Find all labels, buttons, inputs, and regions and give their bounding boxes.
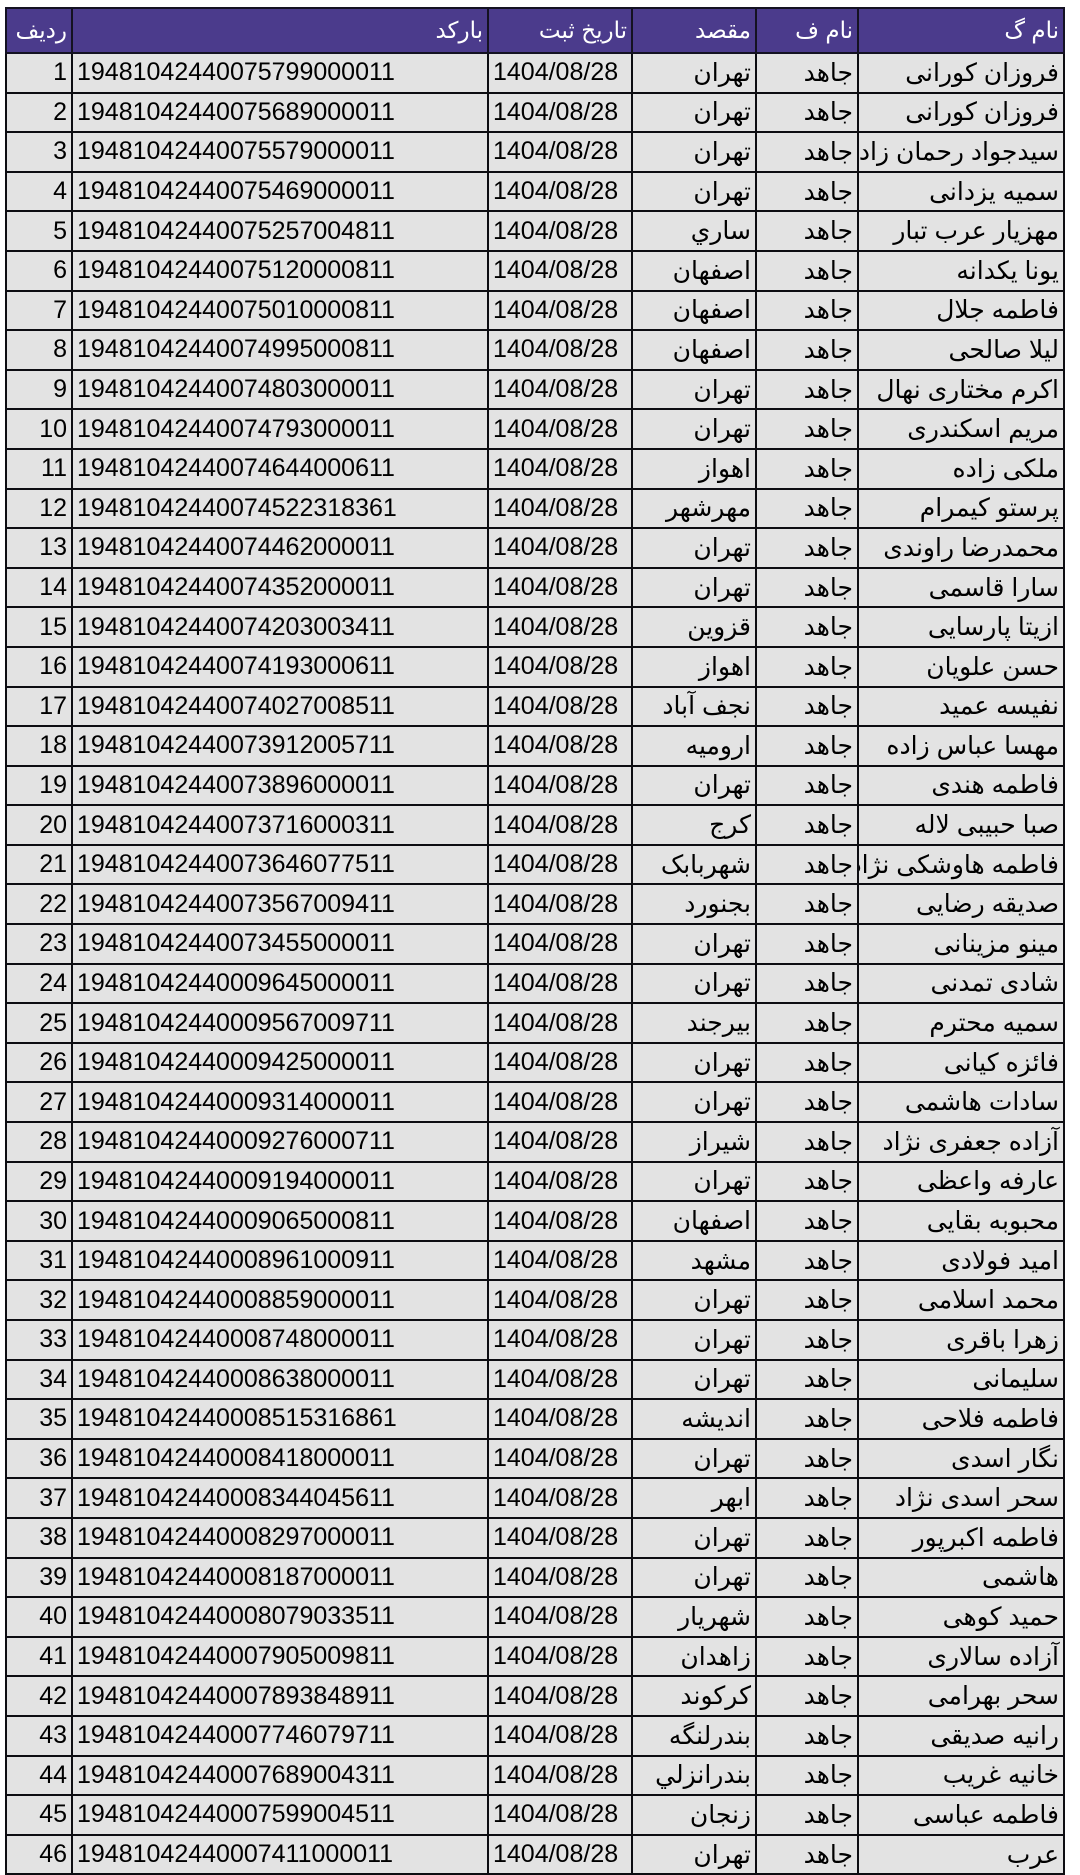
table-row[interactable]: 39194810424400081870000111404/08/28تهران… bbox=[6, 1558, 1064, 1598]
cell-name-f[interactable]: جاهد bbox=[756, 330, 858, 370]
cell-destination[interactable]: اصفهان bbox=[632, 330, 756, 370]
cell-date[interactable]: 1404/08/28 bbox=[488, 726, 632, 766]
cell-name-f[interactable]: جاهد bbox=[756, 1558, 858, 1598]
cell-row-number[interactable]: 36 bbox=[6, 1439, 72, 1479]
table-row[interactable]: 1194810424400757990000111404/08/28تهرانج… bbox=[6, 53, 1064, 93]
cell-barcode[interactable]: 19481042440007905009811 bbox=[72, 1637, 488, 1677]
table-row[interactable]: 42194810424400078938489111404/08/28کرکون… bbox=[6, 1676, 1064, 1716]
cell-row-number[interactable]: 42 bbox=[6, 1676, 72, 1716]
table-row[interactable]: 27194810424400093140000111404/08/28تهران… bbox=[6, 1082, 1064, 1122]
cell-name-g[interactable]: فروزان کورانی bbox=[858, 53, 1064, 93]
table-row[interactable]: 28194810424400092760007111404/08/28شیراز… bbox=[6, 1122, 1064, 1162]
cell-destination[interactable]: زاهدان bbox=[632, 1637, 756, 1677]
table-row[interactable]: 26194810424400094250000111404/08/28تهران… bbox=[6, 1043, 1064, 1083]
cell-destination[interactable]: زنجان bbox=[632, 1795, 756, 1835]
cell-date[interactable]: 1404/08/28 bbox=[488, 1518, 632, 1558]
cell-barcode[interactable]: 19481042440073455000011 bbox=[72, 924, 488, 964]
cell-name-g[interactable]: زهرا باقری bbox=[858, 1320, 1064, 1360]
cell-row-number[interactable]: 13 bbox=[6, 528, 72, 568]
cell-name-f[interactable]: جاهد bbox=[756, 1597, 858, 1637]
cell-date[interactable]: 1404/08/28 bbox=[488, 1162, 632, 1202]
cell-name-g[interactable]: سادات هاشمی bbox=[858, 1082, 1064, 1122]
cell-date[interactable]: 1404/08/28 bbox=[488, 924, 632, 964]
cell-date[interactable]: 1404/08/28 bbox=[488, 1835, 632, 1873]
cell-name-f[interactable]: جاهد bbox=[756, 1122, 858, 1162]
cell-name-f[interactable]: جاهد bbox=[756, 1676, 858, 1716]
cell-name-f[interactable]: جاهد bbox=[756, 1716, 858, 1756]
cell-barcode[interactable]: 19481042440073646077511 bbox=[72, 845, 488, 885]
cell-destination[interactable]: تهران bbox=[632, 1360, 756, 1400]
cell-destination[interactable]: تهران bbox=[632, 93, 756, 133]
cell-destination[interactable]: تهران bbox=[632, 528, 756, 568]
cell-name-f[interactable]: جاهد bbox=[756, 528, 858, 568]
cell-barcode[interactable]: 19481042440008344045611 bbox=[72, 1478, 488, 1518]
cell-name-g[interactable]: ازیتا پارسایی bbox=[858, 607, 1064, 647]
cell-row-number[interactable]: 26 bbox=[6, 1043, 72, 1083]
cell-row-number[interactable]: 14 bbox=[6, 568, 72, 608]
cell-destination[interactable]: تهران bbox=[632, 1280, 756, 1320]
cell-name-f[interactable]: جاهد bbox=[756, 805, 858, 845]
cell-row-number[interactable]: 21 bbox=[6, 845, 72, 885]
cell-name-f[interactable]: جاهد bbox=[756, 845, 858, 885]
cell-row-number[interactable]: 15 bbox=[6, 607, 72, 647]
cell-name-f[interactable]: جاهد bbox=[756, 766, 858, 806]
cell-destination[interactable]: تهران bbox=[632, 1439, 756, 1479]
cell-date[interactable]: 1404/08/28 bbox=[488, 805, 632, 845]
table-row[interactable]: 44194810424400076890043111404/08/28بندرا… bbox=[6, 1756, 1064, 1796]
cell-barcode[interactable]: 19481042440009065000811 bbox=[72, 1201, 488, 1241]
cell-destination[interactable]: بجنورد bbox=[632, 884, 756, 924]
cell-date[interactable]: 1404/08/28 bbox=[488, 1795, 632, 1835]
table-row[interactable]: 10194810424400747930000111404/08/28تهران… bbox=[6, 409, 1064, 449]
table-row[interactable]: 23194810424400734550000111404/08/28تهران… bbox=[6, 924, 1064, 964]
cell-name-f[interactable]: جاهد bbox=[756, 1360, 858, 1400]
cell-barcode[interactable]: 19481042440007599004511 bbox=[72, 1795, 488, 1835]
table-row[interactable]: 13194810424400744620000111404/08/28تهران… bbox=[6, 528, 1064, 568]
table-row[interactable]: 21194810424400736460775111404/08/28شهربا… bbox=[6, 845, 1064, 885]
table-row[interactable]: 5194810424400752570048111404/08/28ساريجا… bbox=[6, 211, 1064, 251]
cell-row-number[interactable]: 3 bbox=[6, 132, 72, 172]
cell-row-number[interactable]: 35 bbox=[6, 1399, 72, 1439]
cell-date[interactable]: 1404/08/28 bbox=[488, 1320, 632, 1360]
cell-name-g[interactable]: رانیه صدیقی bbox=[858, 1716, 1064, 1756]
cell-date[interactable]: 1404/08/28 bbox=[488, 132, 632, 172]
cell-date[interactable]: 1404/08/28 bbox=[488, 1241, 632, 1281]
table-row[interactable]: 20194810424400737160003111404/08/28کرججا… bbox=[6, 805, 1064, 845]
cell-row-number[interactable]: 41 bbox=[6, 1637, 72, 1677]
cell-destination[interactable]: تهران bbox=[632, 964, 756, 1004]
cell-name-f[interactable]: جاهد bbox=[756, 1478, 858, 1518]
cell-row-number[interactable]: 10 bbox=[6, 409, 72, 449]
cell-barcode[interactable]: 19481042440008187000011 bbox=[72, 1558, 488, 1598]
cell-destination[interactable]: ارومیه bbox=[632, 726, 756, 766]
table-row[interactable]: 43194810424400077460797111404/08/28بندرل… bbox=[6, 1716, 1064, 1756]
table-row[interactable]: 34194810424400086380000111404/08/28تهران… bbox=[6, 1360, 1064, 1400]
cell-name-f[interactable]: جاهد bbox=[756, 726, 858, 766]
cell-row-number[interactable]: 31 bbox=[6, 1241, 72, 1281]
table-row[interactable]: 24194810424400096450000111404/08/28تهران… bbox=[6, 964, 1064, 1004]
cell-date[interactable]: 1404/08/28 bbox=[488, 1439, 632, 1479]
cell-barcode[interactable]: 19481042440074793000011 bbox=[72, 409, 488, 449]
cell-name-f[interactable]: جاهد bbox=[756, 211, 858, 251]
cell-destination[interactable]: بیرجند bbox=[632, 1003, 756, 1043]
cell-destination[interactable]: بندرلنگه bbox=[632, 1716, 756, 1756]
cell-destination[interactable]: تهران bbox=[632, 1162, 756, 1202]
cell-date[interactable]: 1404/08/28 bbox=[488, 53, 632, 93]
cell-row-number[interactable]: 38 bbox=[6, 1518, 72, 1558]
cell-name-g[interactable]: فائزه کیانی bbox=[858, 1043, 1064, 1083]
cell-date[interactable]: 1404/08/28 bbox=[488, 330, 632, 370]
cell-barcode[interactable]: 19481042440008515316861 bbox=[72, 1399, 488, 1439]
cell-name-f[interactable]: جاهد bbox=[756, 1756, 858, 1796]
cell-date[interactable]: 1404/08/28 bbox=[488, 1716, 632, 1756]
cell-barcode[interactable]: 19481042440008638000011 bbox=[72, 1360, 488, 1400]
cell-name-g[interactable]: محمد اسلامی bbox=[858, 1280, 1064, 1320]
table-row[interactable]: 17194810424400740270085111404/08/28نجف آ… bbox=[6, 687, 1064, 727]
cell-barcode[interactable]: 19481042440074522318361 bbox=[72, 489, 488, 529]
cell-name-g[interactable]: نفیسه عمید bbox=[858, 687, 1064, 727]
cell-barcode[interactable]: 19481042440073912005711 bbox=[72, 726, 488, 766]
cell-barcode[interactable]: 19481042440075010000811 bbox=[72, 291, 488, 331]
cell-barcode[interactable]: 19481042440075689000011 bbox=[72, 93, 488, 133]
table-row[interactable]: 12194810424400745223183611404/08/28مهرشه… bbox=[6, 489, 1064, 529]
cell-name-g[interactable]: مهسا عباس زاده bbox=[858, 726, 1064, 766]
cell-name-g[interactable]: فاطمه هاوشکی نژاد bbox=[858, 845, 1064, 885]
cell-name-f[interactable]: جاهد bbox=[756, 1003, 858, 1043]
cell-barcode[interactable]: 19481042440009425000011 bbox=[72, 1043, 488, 1083]
cell-name-f[interactable]: جاهد bbox=[756, 964, 858, 1004]
cell-row-number[interactable]: 30 bbox=[6, 1201, 72, 1241]
cell-row-number[interactable]: 43 bbox=[6, 1716, 72, 1756]
cell-name-f[interactable]: جاهد bbox=[756, 607, 858, 647]
cell-row-number[interactable]: 22 bbox=[6, 884, 72, 924]
cell-row-number[interactable]: 19 bbox=[6, 766, 72, 806]
cell-row-number[interactable]: 7 bbox=[6, 291, 72, 331]
cell-destination[interactable]: اصفهان bbox=[632, 291, 756, 331]
cell-name-f[interactable]: جاهد bbox=[756, 409, 858, 449]
cell-date[interactable]: 1404/08/28 bbox=[488, 93, 632, 133]
cell-name-g[interactable]: لیلا صالحی bbox=[858, 330, 1064, 370]
cell-date[interactable]: 1404/08/28 bbox=[488, 647, 632, 687]
cell-name-f[interactable]: جاهد bbox=[756, 687, 858, 727]
cell-name-f[interactable]: جاهد bbox=[756, 568, 858, 608]
cell-name-f[interactable]: جاهد bbox=[756, 172, 858, 212]
cell-name-f[interactable]: جاهد bbox=[756, 291, 858, 331]
cell-name-f[interactable]: جاهد bbox=[756, 93, 858, 133]
cell-row-number[interactable]: 1 bbox=[6, 53, 72, 93]
cell-row-number[interactable]: 45 bbox=[6, 1795, 72, 1835]
cell-row-number[interactable]: 40 bbox=[6, 1597, 72, 1637]
cell-barcode[interactable]: 19481042440075257004811 bbox=[72, 211, 488, 251]
cell-name-f[interactable]: جاهد bbox=[756, 489, 858, 529]
cell-barcode[interactable]: 19481042440007746079711 bbox=[72, 1716, 488, 1756]
cell-date[interactable]: 1404/08/28 bbox=[488, 568, 632, 608]
cell-barcode[interactable]: 19481042440074803000011 bbox=[72, 370, 488, 410]
cell-date[interactable]: 1404/08/28 bbox=[488, 528, 632, 568]
cell-row-number[interactable]: 2 bbox=[6, 93, 72, 133]
cell-date[interactable]: 1404/08/28 bbox=[488, 1558, 632, 1598]
cell-name-f[interactable]: جاهد bbox=[756, 1241, 858, 1281]
cell-destination[interactable]: تهران bbox=[632, 1082, 756, 1122]
cell-barcode[interactable]: 19481042440009645000011 bbox=[72, 964, 488, 1004]
table-row[interactable]: 31194810424400089610009111404/08/28مشهدج… bbox=[6, 1241, 1064, 1281]
cell-date[interactable]: 1404/08/28 bbox=[488, 1597, 632, 1637]
cell-destination[interactable]: ابهر bbox=[632, 1478, 756, 1518]
cell-row-number[interactable]: 34 bbox=[6, 1360, 72, 1400]
cell-name-g[interactable]: عارفه واعظی bbox=[858, 1162, 1064, 1202]
cell-name-g[interactable]: مریم اسکندری bbox=[858, 409, 1064, 449]
cell-barcode[interactable]: 19481042440008079033511 bbox=[72, 1597, 488, 1637]
cell-name-g[interactable]: فاطمه عباسی bbox=[858, 1795, 1064, 1835]
cell-destination[interactable]: شیراز bbox=[632, 1122, 756, 1162]
cell-name-g[interactable]: اکرم مختاری نهال bbox=[858, 370, 1064, 410]
cell-destination[interactable]: تهران bbox=[632, 172, 756, 212]
cell-date[interactable]: 1404/08/28 bbox=[488, 884, 632, 924]
cell-row-number[interactable]: 12 bbox=[6, 489, 72, 529]
cell-date[interactable]: 1404/08/28 bbox=[488, 687, 632, 727]
table-row[interactable]: 22194810424400735670094111404/08/28بجنور… bbox=[6, 884, 1064, 924]
cell-row-number[interactable]: 11 bbox=[6, 449, 72, 489]
cell-name-f[interactable]: جاهد bbox=[756, 132, 858, 172]
cell-name-g[interactable]: عرب bbox=[858, 1835, 1064, 1873]
cell-name-f[interactable]: جاهد bbox=[756, 370, 858, 410]
cell-barcode[interactable]: 19481042440008859000011 bbox=[72, 1280, 488, 1320]
cell-barcode[interactable]: 19481042440007689004311 bbox=[72, 1756, 488, 1796]
cell-name-g[interactable]: سمیه یزدانی bbox=[858, 172, 1064, 212]
column-header-name-g[interactable]: نام گ bbox=[858, 8, 1064, 53]
cell-date[interactable]: 1404/08/28 bbox=[488, 1003, 632, 1043]
cell-date[interactable]: 1404/08/28 bbox=[488, 251, 632, 291]
cell-date[interactable]: 1404/08/28 bbox=[488, 1082, 632, 1122]
cell-row-number[interactable]: 4 bbox=[6, 172, 72, 212]
cell-barcode[interactable]: 19481042440008297000011 bbox=[72, 1518, 488, 1558]
cell-barcode[interactable]: 19481042440074027008511 bbox=[72, 687, 488, 727]
cell-date[interactable]: 1404/08/28 bbox=[488, 211, 632, 251]
cell-name-f[interactable]: جاهد bbox=[756, 1637, 858, 1677]
cell-destination[interactable]: تهران bbox=[632, 568, 756, 608]
cell-name-f[interactable]: جاهد bbox=[756, 1399, 858, 1439]
cell-destination[interactable]: ساري bbox=[632, 211, 756, 251]
table-row[interactable]: 41194810424400079050098111404/08/28زاهدا… bbox=[6, 1637, 1064, 1677]
cell-barcode[interactable]: 19481042440074203003411 bbox=[72, 607, 488, 647]
cell-barcode[interactable]: 19481042440009194000011 bbox=[72, 1162, 488, 1202]
cell-barcode[interactable]: 19481042440007893848911 bbox=[72, 1676, 488, 1716]
cell-barcode[interactable]: 19481042440073716000311 bbox=[72, 805, 488, 845]
cell-date[interactable]: 1404/08/28 bbox=[488, 1676, 632, 1716]
table-row[interactable]: 25194810424400095670097111404/08/28بیرجن… bbox=[6, 1003, 1064, 1043]
table-row[interactable]: 35194810424400085153168611404/08/28اندیش… bbox=[6, 1399, 1064, 1439]
cell-name-f[interactable]: جاهد bbox=[756, 1043, 858, 1083]
cell-name-f[interactable]: جاهد bbox=[756, 1162, 858, 1202]
table-row[interactable]: 30194810424400090650008111404/08/28اصفها… bbox=[6, 1201, 1064, 1241]
cell-destination[interactable]: مهرشهر bbox=[632, 489, 756, 529]
cell-date[interactable]: 1404/08/28 bbox=[488, 1043, 632, 1083]
cell-row-number[interactable]: 25 bbox=[6, 1003, 72, 1043]
cell-name-g[interactable]: مینو مزینانی bbox=[858, 924, 1064, 964]
cell-date[interactable]: 1404/08/28 bbox=[488, 172, 632, 212]
cell-name-g[interactable]: سحر بهرامی bbox=[858, 1676, 1064, 1716]
cell-name-g[interactable]: نگار اسدی bbox=[858, 1439, 1064, 1479]
cell-name-g[interactable]: حسن علویان bbox=[858, 647, 1064, 687]
cell-destination[interactable]: شهریار bbox=[632, 1597, 756, 1637]
table-row[interactable]: 33194810424400087480000111404/08/28تهران… bbox=[6, 1320, 1064, 1360]
cell-name-g[interactable]: حمید کوهی bbox=[858, 1597, 1064, 1637]
cell-name-g[interactable]: فروزان کورانی bbox=[858, 93, 1064, 133]
cell-name-g[interactable]: فاطمه اکبرپور bbox=[858, 1518, 1064, 1558]
cell-name-g[interactable]: فاطمه هندی bbox=[858, 766, 1064, 806]
cell-barcode[interactable]: 19481042440008418000011 bbox=[72, 1439, 488, 1479]
cell-date[interactable]: 1404/08/28 bbox=[488, 607, 632, 647]
cell-destination[interactable]: شهربابک bbox=[632, 845, 756, 885]
cell-destination[interactable]: قزوین bbox=[632, 607, 756, 647]
cell-name-g[interactable]: صدیقه رضایی bbox=[858, 884, 1064, 924]
cell-name-g[interactable]: آزاده سالاری bbox=[858, 1637, 1064, 1677]
cell-row-number[interactable]: 37 bbox=[6, 1478, 72, 1518]
table-row[interactable]: 7194810424400750100008111404/08/28اصفهان… bbox=[6, 291, 1064, 331]
cell-destination[interactable]: تهران bbox=[632, 924, 756, 964]
table-row[interactable]: 40194810424400080790335111404/08/28شهریا… bbox=[6, 1597, 1064, 1637]
cell-row-number[interactable]: 6 bbox=[6, 251, 72, 291]
cell-barcode[interactable]: 19481042440075469000011 bbox=[72, 172, 488, 212]
cell-date[interactable]: 1404/08/28 bbox=[488, 370, 632, 410]
table-row[interactable]: 11194810424400746440006111404/08/28اهواز… bbox=[6, 449, 1064, 489]
cell-barcode[interactable]: 19481042440008748000011 bbox=[72, 1320, 488, 1360]
cell-row-number[interactable]: 39 bbox=[6, 1558, 72, 1598]
cell-name-g[interactable]: آزاده جعفری نژاد bbox=[858, 1122, 1064, 1162]
cell-name-f[interactable]: جاهد bbox=[756, 1280, 858, 1320]
cell-row-number[interactable]: 32 bbox=[6, 1280, 72, 1320]
cell-destination[interactable]: بندرانزلي bbox=[632, 1756, 756, 1796]
cell-date[interactable]: 1404/08/28 bbox=[488, 1122, 632, 1162]
cell-barcode[interactable]: 19481042440075579000011 bbox=[72, 132, 488, 172]
cell-destination[interactable]: اهواز bbox=[632, 647, 756, 687]
table-row[interactable]: 9194810424400748030000111404/08/28تهرانج… bbox=[6, 370, 1064, 410]
column-header-destination[interactable]: مقصد bbox=[632, 8, 756, 53]
cell-date[interactable]: 1404/08/28 bbox=[488, 845, 632, 885]
cell-destination[interactable]: تهران bbox=[632, 1043, 756, 1083]
cell-barcode[interactable]: 19481042440007411000011 bbox=[72, 1835, 488, 1873]
cell-name-f[interactable]: جاهد bbox=[756, 1320, 858, 1360]
cell-name-g[interactable]: هاشمی bbox=[858, 1558, 1064, 1598]
cell-destination[interactable]: اصفهان bbox=[632, 251, 756, 291]
cell-destination[interactable]: اندیشه bbox=[632, 1399, 756, 1439]
table-row[interactable]: 37194810424400083440456111404/08/28ابهرج… bbox=[6, 1478, 1064, 1518]
cell-destination[interactable]: تهران bbox=[632, 370, 756, 410]
cell-name-f[interactable]: جاهد bbox=[756, 1795, 858, 1835]
cell-row-number[interactable]: 24 bbox=[6, 964, 72, 1004]
cell-barcode[interactable]: 19481042440075799000011 bbox=[72, 53, 488, 93]
cell-name-g[interactable]: یونا یکدانه bbox=[858, 251, 1064, 291]
cell-row-number[interactable]: 33 bbox=[6, 1320, 72, 1360]
cell-name-g[interactable]: سلیمانی bbox=[858, 1360, 1064, 1400]
cell-destination[interactable]: تهران bbox=[632, 1558, 756, 1598]
cell-row-number[interactable]: 28 bbox=[6, 1122, 72, 1162]
cell-row-number[interactable]: 16 bbox=[6, 647, 72, 687]
column-header-name-f[interactable]: نام ف bbox=[756, 8, 858, 53]
cell-barcode[interactable]: 19481042440074352000011 bbox=[72, 568, 488, 608]
table-row[interactable]: 36194810424400084180000111404/08/28تهران… bbox=[6, 1439, 1064, 1479]
cell-destination[interactable]: تهران bbox=[632, 766, 756, 806]
table-row[interactable]: 32194810424400088590000111404/08/28تهران… bbox=[6, 1280, 1064, 1320]
table-row[interactable]: 29194810424400091940000111404/08/28تهران… bbox=[6, 1162, 1064, 1202]
cell-name-g[interactable]: محبوبه بقایی bbox=[858, 1201, 1064, 1241]
cell-destination[interactable]: نجف آباد bbox=[632, 687, 756, 727]
cell-name-g[interactable]: سارا قاسمی bbox=[858, 568, 1064, 608]
cell-destination[interactable]: تهران bbox=[632, 409, 756, 449]
cell-barcode[interactable]: 19481042440075120000811 bbox=[72, 251, 488, 291]
cell-barcode[interactable]: 19481042440009276000711 bbox=[72, 1122, 488, 1162]
cell-row-number[interactable]: 27 bbox=[6, 1082, 72, 1122]
cell-destination[interactable]: تهران bbox=[632, 1320, 756, 1360]
cell-name-g[interactable]: محمدرضا راوندی bbox=[858, 528, 1064, 568]
table-row[interactable]: 8194810424400749950008111404/08/28اصفهان… bbox=[6, 330, 1064, 370]
cell-name-g[interactable]: سیدجواد رحمان زاده bbox=[858, 132, 1064, 172]
cell-date[interactable]: 1404/08/28 bbox=[488, 1756, 632, 1796]
cell-name-f[interactable]: جاهد bbox=[756, 1518, 858, 1558]
cell-name-g[interactable]: مهزیار عرب تبار bbox=[858, 211, 1064, 251]
cell-barcode[interactable]: 19481042440074995000811 bbox=[72, 330, 488, 370]
table-row[interactable]: 38194810424400082970000111404/08/28تهران… bbox=[6, 1518, 1064, 1558]
column-header-row-number[interactable]: ردیف bbox=[6, 8, 72, 53]
cell-date[interactable]: 1404/08/28 bbox=[488, 449, 632, 489]
cell-date[interactable]: 1404/08/28 bbox=[488, 409, 632, 449]
table-row[interactable]: 6194810424400751200008111404/08/28اصفهان… bbox=[6, 251, 1064, 291]
cell-barcode[interactable]: 19481042440009314000011 bbox=[72, 1082, 488, 1122]
cell-barcode[interactable]: 19481042440008961000911 bbox=[72, 1241, 488, 1281]
cell-name-f[interactable]: جاهد bbox=[756, 924, 858, 964]
cell-destination[interactable]: تهران bbox=[632, 132, 756, 172]
table-row[interactable]: 2194810424400756890000111404/08/28تهرانج… bbox=[6, 93, 1064, 133]
cell-name-g[interactable]: امید فولادی bbox=[858, 1241, 1064, 1281]
cell-date[interactable]: 1404/08/28 bbox=[488, 1360, 632, 1400]
cell-name-g[interactable]: فاطمه فلاحی bbox=[858, 1399, 1064, 1439]
cell-barcode[interactable]: 19481042440074644000611 bbox=[72, 449, 488, 489]
cell-name-g[interactable]: سمیه محترم bbox=[858, 1003, 1064, 1043]
cell-name-f[interactable]: جاهد bbox=[756, 53, 858, 93]
cell-name-f[interactable]: جاهد bbox=[756, 884, 858, 924]
cell-destination[interactable]: کرکوند bbox=[632, 1676, 756, 1716]
cell-name-f[interactable]: جاهد bbox=[756, 1439, 858, 1479]
table-row[interactable]: 45194810424400075990045111404/08/28زنجان… bbox=[6, 1795, 1064, 1835]
cell-name-f[interactable]: جاهد bbox=[756, 647, 858, 687]
cell-date[interactable]: 1404/08/28 bbox=[488, 291, 632, 331]
table-row[interactable]: 16194810424400741930006111404/08/28اهواز… bbox=[6, 647, 1064, 687]
cell-name-g[interactable]: خانیه غریب bbox=[858, 1756, 1064, 1796]
cell-row-number[interactable]: 46 bbox=[6, 1835, 72, 1873]
cell-row-number[interactable]: 20 bbox=[6, 805, 72, 845]
table-row[interactable]: 3194810424400755790000111404/08/28تهرانج… bbox=[6, 132, 1064, 172]
cell-destination[interactable]: اصفهان bbox=[632, 1201, 756, 1241]
cell-destination[interactable]: کرج bbox=[632, 805, 756, 845]
cell-row-number[interactable]: 9 bbox=[6, 370, 72, 410]
column-header-barcode[interactable]: بارکد bbox=[72, 8, 488, 53]
cell-name-f[interactable]: جاهد bbox=[756, 1201, 858, 1241]
cell-name-f[interactable]: جاهد bbox=[756, 251, 858, 291]
cell-name-g[interactable]: سحر اسدی نژاد bbox=[858, 1478, 1064, 1518]
table-row[interactable]: 19194810424400738960000111404/08/28تهران… bbox=[6, 766, 1064, 806]
cell-name-g[interactable]: صبا حبیبی لاله bbox=[858, 805, 1064, 845]
cell-name-g[interactable]: فاطمه جلال bbox=[858, 291, 1064, 331]
cell-name-f[interactable]: جاهد bbox=[756, 1835, 858, 1873]
cell-date[interactable]: 1404/08/28 bbox=[488, 1399, 632, 1439]
cell-name-f[interactable]: جاهد bbox=[756, 1082, 858, 1122]
cell-barcode[interactable]: 19481042440074462000011 bbox=[72, 528, 488, 568]
cell-destination[interactable]: مشهد bbox=[632, 1241, 756, 1281]
cell-row-number[interactable]: 8 bbox=[6, 330, 72, 370]
cell-row-number[interactable]: 29 bbox=[6, 1162, 72, 1202]
cell-destination[interactable]: اهواز bbox=[632, 449, 756, 489]
cell-destination[interactable]: تهران bbox=[632, 1518, 756, 1558]
